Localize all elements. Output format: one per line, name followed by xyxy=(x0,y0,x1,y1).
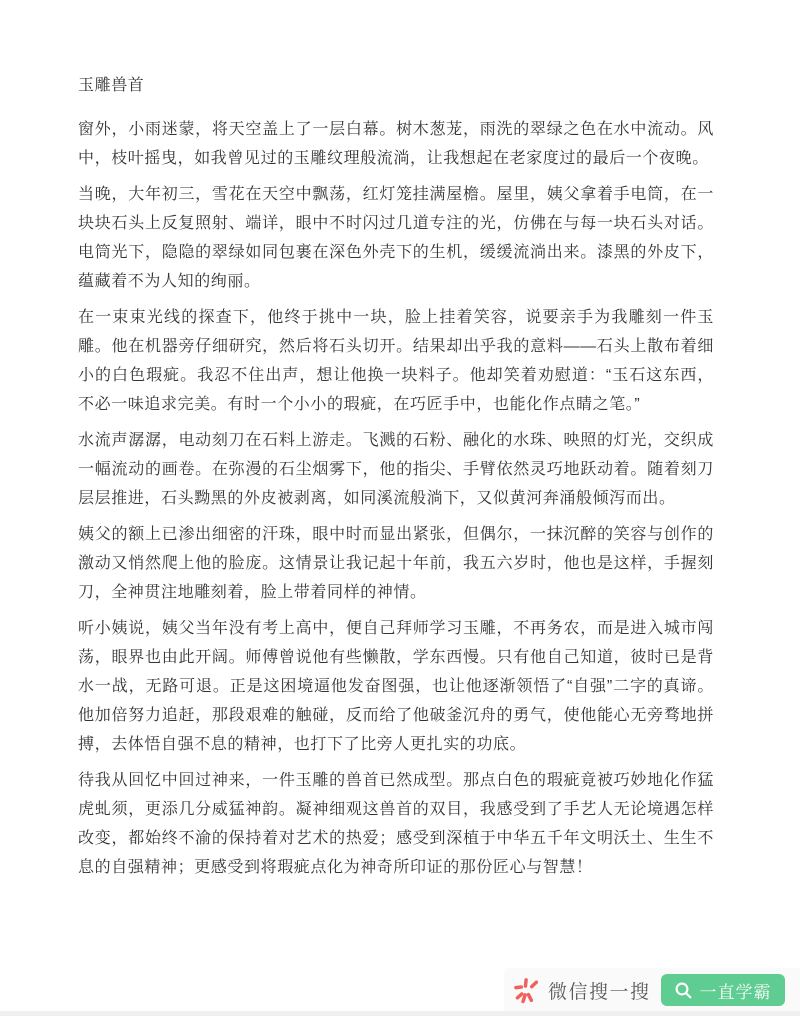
article-page: 玉雕兽首 窗外，小雨迷蒙，将天空盖上了一层白幕。树木葱茏，雨洗的翠绿之色在水中流… xyxy=(0,0,800,1016)
wechat-search-bar: 微信搜一搜 一直学霸 xyxy=(504,968,800,1012)
essay-paragraph-2: 当晚，大年初三，雪花在天空中飘荡，红灯笼挂满屋檐。屋里，姨父拿着手电筒，在一块块… xyxy=(78,180,714,296)
essay-paragraph-5: 姨父的额上已渗出细密的汗珠，眼中时而显出紧张，但偶尔，一抹沉醉的笑容与创作的激动… xyxy=(78,520,714,607)
essay-paragraph-7: 待我从回忆中回过神来，一件玉雕的兽首已然成型。那点白色的瑕疵竟被巧妙地化作猛虎虬… xyxy=(78,766,714,882)
essay: 玉雕兽首 窗外，小雨迷蒙，将天空盖上了一层白幕。树木葱茏，雨洗的翠绿之色在水中流… xyxy=(78,71,714,889)
wechat-sousou-spark-icon xyxy=(513,977,540,1004)
essay-title: 玉雕兽首 xyxy=(78,71,714,100)
search-account-button[interactable]: 一直学霸 xyxy=(661,974,785,1006)
essay-paragraph-1: 窗外，小雨迷蒙，将天空盖上了一层白幕。树木葱茏，雨洗的翠绿之色在水中流动。风中，… xyxy=(78,115,714,173)
bottom-divider xyxy=(0,1011,800,1016)
search-icon xyxy=(674,981,693,1000)
wechat-search-label: 微信搜一搜 xyxy=(548,977,651,1004)
search-button-label: 一直学霸 xyxy=(700,978,772,1003)
essay-paragraph-3: 在一束束光线的探查下，他终于挑中一块，脸上挂着笑容，说要亲手为我雕刻一件玉雕。他… xyxy=(78,303,714,419)
essay-title-text: 玉雕兽首 xyxy=(78,77,144,94)
essay-paragraph-4: 水流声潺潺，电动刻刀在石料上游走。飞溅的石粉、融化的水珠、映照的灯光，交织成一幅… xyxy=(78,426,714,513)
essay-paragraph-6: 听小姨说，姨父当年没有考上高中，便自己拜师学习玉雕，不再务农，而是进入城市闯荡，… xyxy=(78,614,714,759)
